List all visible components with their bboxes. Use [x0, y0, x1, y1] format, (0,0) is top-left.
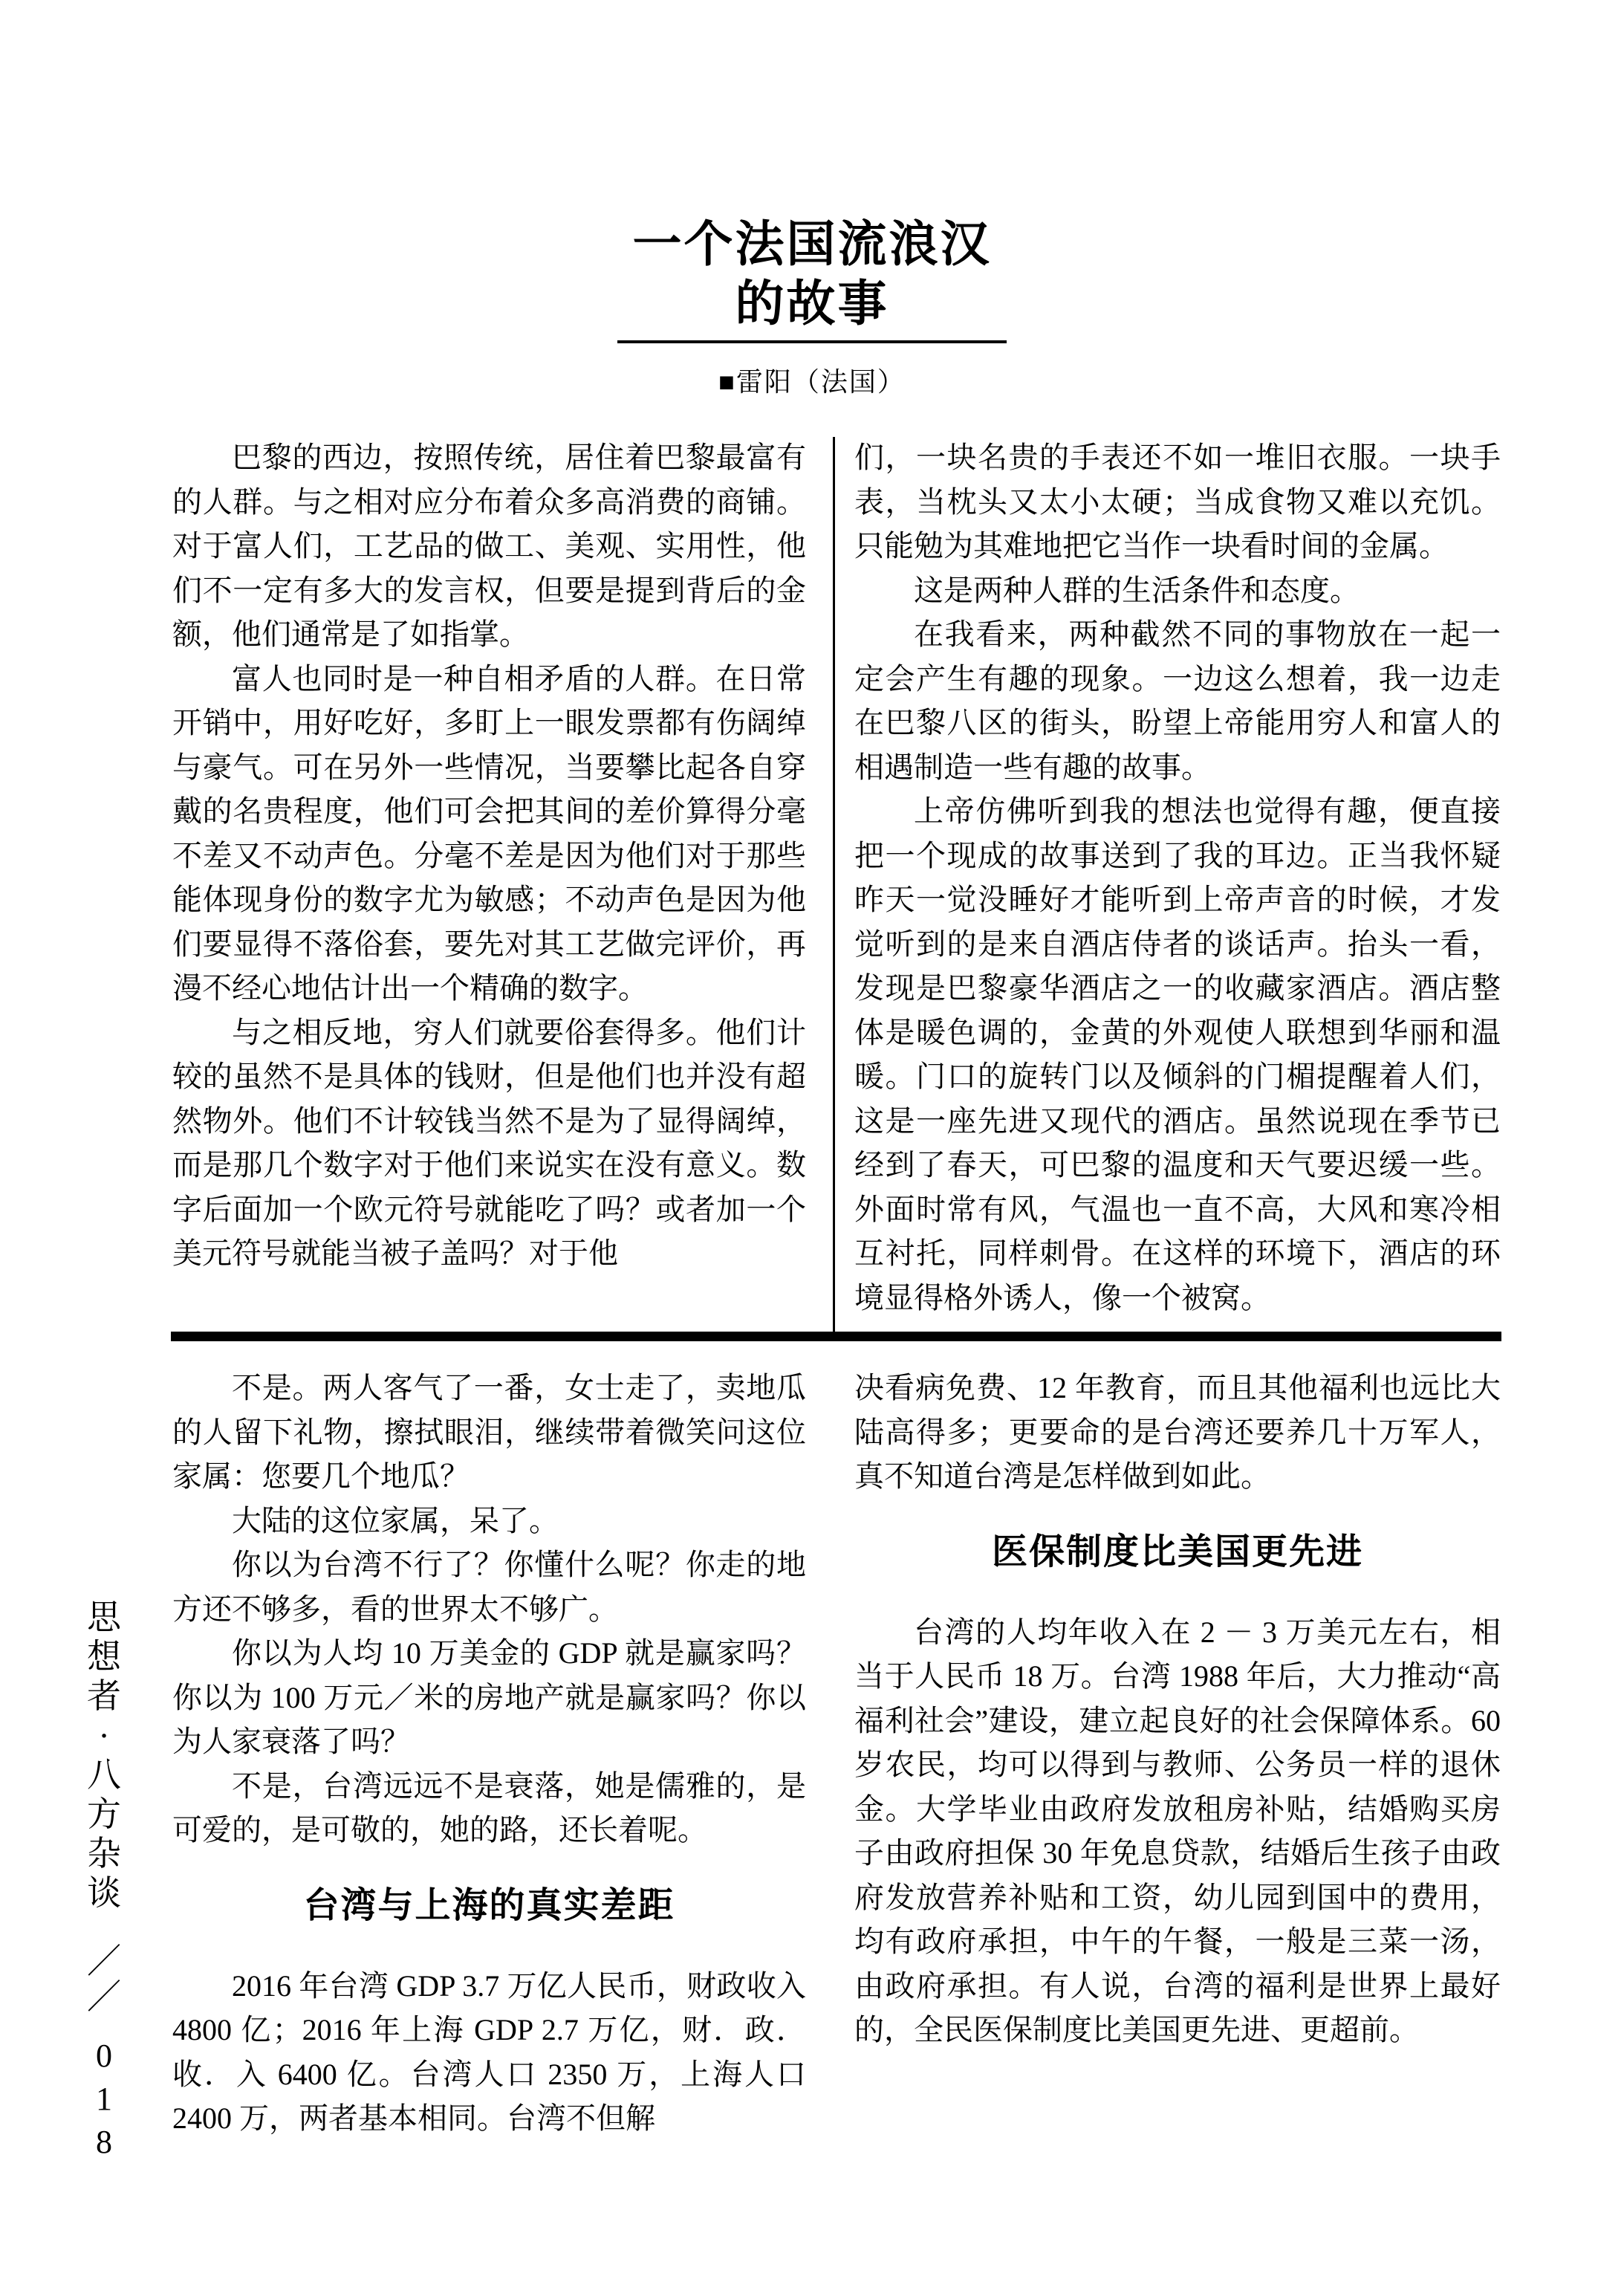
top-left-column: 巴黎的西边，按照传统，居住着巴黎最富有的人群。与之相对应分布着众多高消费的商铺。… — [172, 435, 806, 1326]
paragraph: 你以为人均 10 万美金的 GDP 就是赢家吗？你以为 100 万元／米的房地产… — [172, 1631, 806, 1764]
column-heading: 医保制度比美国更先进 — [854, 1531, 1501, 1573]
paragraph: 不是。两人客气了一番，女士走了，卖地瓜的人留下礼物，擦拭眼泪，继续带着微笑问这位… — [172, 1366, 806, 1499]
sidebar-char: 想 — [87, 1637, 121, 1676]
paragraph: 你以为台湾不行了？你懂什么呢？你走的地方还不够多，看的世界太不够广。 — [172, 1543, 806, 1631]
sidebar-char: ／ — [87, 1944, 121, 1980]
magazine-page: 一个法国流浪汉 的故事 ■雷阳（法国） 巴黎的西边，按照传统，居住着巴黎最富有的… — [0, 0, 1624, 2282]
paragraph: 这是两种人群的生活条件和态度。 — [854, 568, 1501, 613]
paragraph: 台湾的人均年收入在 2 － 3 万美元左右，相当于人民币 18 万。台湾 198… — [854, 1610, 1501, 2052]
sidebar-char: 方 — [87, 1795, 121, 1834]
paragraph: 在我看来，两种截然不同的事物放在一起一定会产生有趣的现象。一边这么想着，我一边走… — [854, 612, 1501, 789]
sidebar-char: 者 — [87, 1676, 121, 1716]
article-title-line-1: 一个法国流浪汉 — [0, 214, 1624, 273]
paragraph: 决看病免费、12 年教育，而且其他福利也远比大陆高得多；更要命的是台湾还要养几十… — [854, 1366, 1501, 1499]
sidebar-char: 八 — [87, 1755, 121, 1795]
column-divider-line — [833, 437, 835, 1332]
paragraph: 大陆的这位家属，呆了。 — [172, 1499, 806, 1543]
article-title-line-2: 的故事 — [0, 273, 1624, 333]
sidebar-char: 杂 — [87, 1834, 121, 1873]
paragraph: 与之相反地，穷人们就要俗套得多。他们计较的虽然不是具体的钱财，但是他们也并没有超… — [172, 1011, 806, 1276]
paragraph: 巴黎的西边，按照传统，居住着巴黎最富有的人群。与之相对应分布着众多高消费的商铺。… — [172, 435, 806, 657]
paragraph: 们，一块名贵的手表还不如一堆旧衣服。一块手表，当枕头又太小太硬；当成食物又难以充… — [854, 435, 1501, 568]
author-byline: ■雷阳（法国） — [0, 361, 1624, 399]
page-number: 018 — [96, 2035, 112, 2164]
paragraph: 不是，台湾远远不是衰落，她是儒雅的，是可爱的，是可敬的，她的路，还长着呢。 — [172, 1764, 806, 1852]
title-underline — [617, 340, 1007, 343]
sidebar-slashes: ／／ — [87, 1944, 121, 2015]
sidebar-char: 0 — [96, 2035, 112, 2078]
bottom-left-column: 不是。两人客气了一番，女士走了，卖地瓜的人留下礼物，擦拭眼泪，继续带着微笑问这位… — [172, 1366, 806, 2141]
column-heading: 台湾与上海的真实差距 — [172, 1885, 806, 1927]
paragraph: 富人也同时是一种自相矛盾的人群。在日常开销中，用好吃好，多盯上一眼发票都有伤阔绰… — [172, 657, 806, 1011]
bottom-right-column: 决看病免费、12 年教育，而且其他福利也远比大陆高得多；更要命的是台湾还要养几十… — [854, 1366, 1501, 2052]
paragraph: 上帝仿佛听到我的想法也觉得有趣，便直接把一个现成的故事送到了我的耳边。正当我怀疑… — [854, 789, 1501, 1320]
sidebar-char: 思 — [87, 1598, 121, 1637]
sidebar-char: 1 — [96, 2078, 112, 2121]
section-divider-rule — [171, 1332, 1501, 1341]
sidebar-char: 8 — [96, 2121, 112, 2164]
page-margin-sidebar: 思想者·八方杂谈 ／／ 018 — [80, 1598, 128, 2164]
article-header: 一个法国流浪汉 的故事 ■雷阳（法国） — [0, 214, 1624, 399]
sidebar-char: ／ — [87, 1980, 121, 2015]
sidebar-section-label: 思想者·八方杂谈 — [87, 1598, 121, 1913]
sidebar-char: · — [87, 1716, 121, 1755]
top-right-column: 们，一块名贵的手表还不如一堆旧衣服。一块手表，当枕头又太小太硬；当成食物又难以充… — [854, 435, 1501, 1326]
sidebar-char: 谈 — [87, 1873, 121, 1913]
paragraph: 2016 年台湾 GDP 3.7 万亿人民币，财政收入 4800 亿；2016 … — [172, 1964, 806, 2141]
